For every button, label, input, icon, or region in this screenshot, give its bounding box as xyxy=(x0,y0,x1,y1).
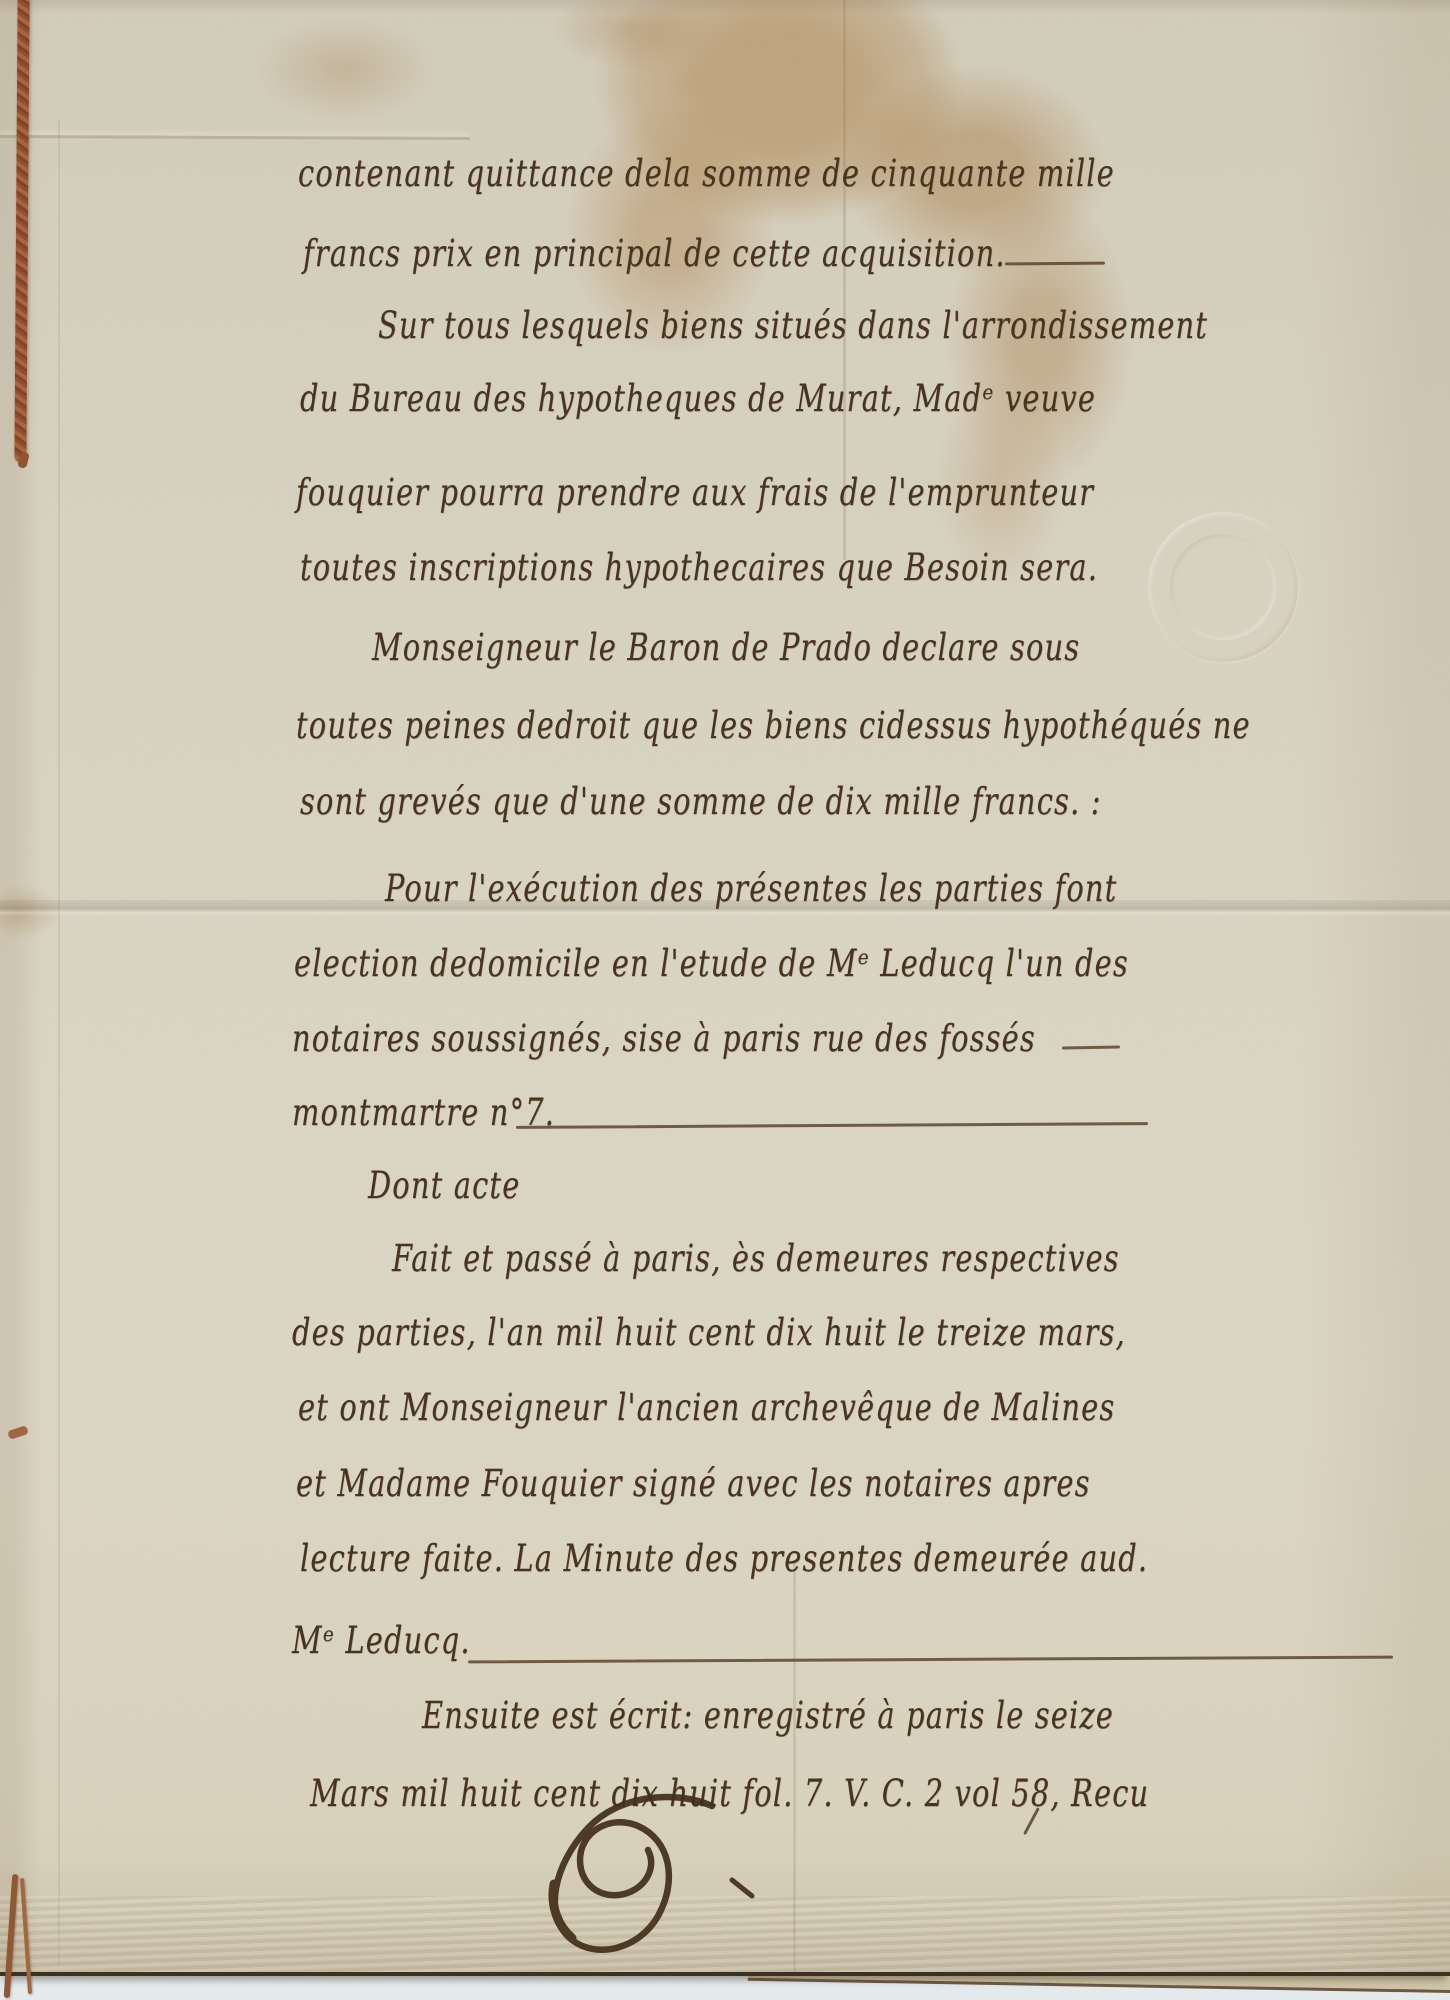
scanned-manuscript-page: contenant quittance dela somme de cinqua… xyxy=(0,0,1450,2000)
manuscript-line: francs prix en principal de cette acquis… xyxy=(303,232,1006,284)
manuscript-line: des parties, l'an mil huit cent dix huit… xyxy=(292,1311,1126,1363)
embossed-seal xyxy=(1148,512,1298,662)
manuscript-line: Pour l'exécution des présentes les parti… xyxy=(385,867,1117,919)
manuscript-line: toutes inscriptions hypothecaires que Be… xyxy=(300,546,1098,598)
manuscript-line: fouquier pourra prendre aux frais de l'e… xyxy=(296,471,1094,523)
embossed-seal-inner-ring xyxy=(1170,534,1276,640)
manuscript-line: election dedomicile en l'etude de Mᵉ Led… xyxy=(294,942,1129,994)
manuscript-line: contenant quittance dela somme de cinqua… xyxy=(298,152,1115,204)
manuscript-line: sont grevés que d'une somme de dix mille… xyxy=(300,780,1102,832)
manuscript-line: notaires soussignés, sise à paris rue de… xyxy=(292,1017,1036,1069)
manuscript-line: Ensuite est écrit: enregistré à paris le… xyxy=(422,1694,1114,1746)
notary-paraph-flourish xyxy=(480,1788,800,1973)
manuscript-line: Sur tous lesquels biens situés dans l'ar… xyxy=(378,304,1208,356)
manuscript-line: Dont acte xyxy=(368,1164,520,1216)
manuscript-line: Fait et passé à paris, ès demeures respe… xyxy=(392,1237,1120,1289)
manuscript-line: lecture faite. La Minute des presentes d… xyxy=(300,1537,1148,1589)
manuscript-line: montmartre n°7. xyxy=(292,1091,555,1143)
manuscript-line: Mᵉ Leducq. xyxy=(292,1619,471,1671)
manuscript-line: du Bureau des hypotheques de Murat, Madᵉ… xyxy=(300,377,1096,429)
manuscript-line: et ont Monseigneur l'ancien archevêque d… xyxy=(298,1386,1115,1438)
manuscript-line: toutes peines dedroit que les biens cide… xyxy=(296,704,1251,756)
manuscript-line: et Madame Fouquier signé avec les notair… xyxy=(296,1462,1091,1514)
manuscript-line: Monseigneur le Baron de Prado declare so… xyxy=(372,626,1080,678)
